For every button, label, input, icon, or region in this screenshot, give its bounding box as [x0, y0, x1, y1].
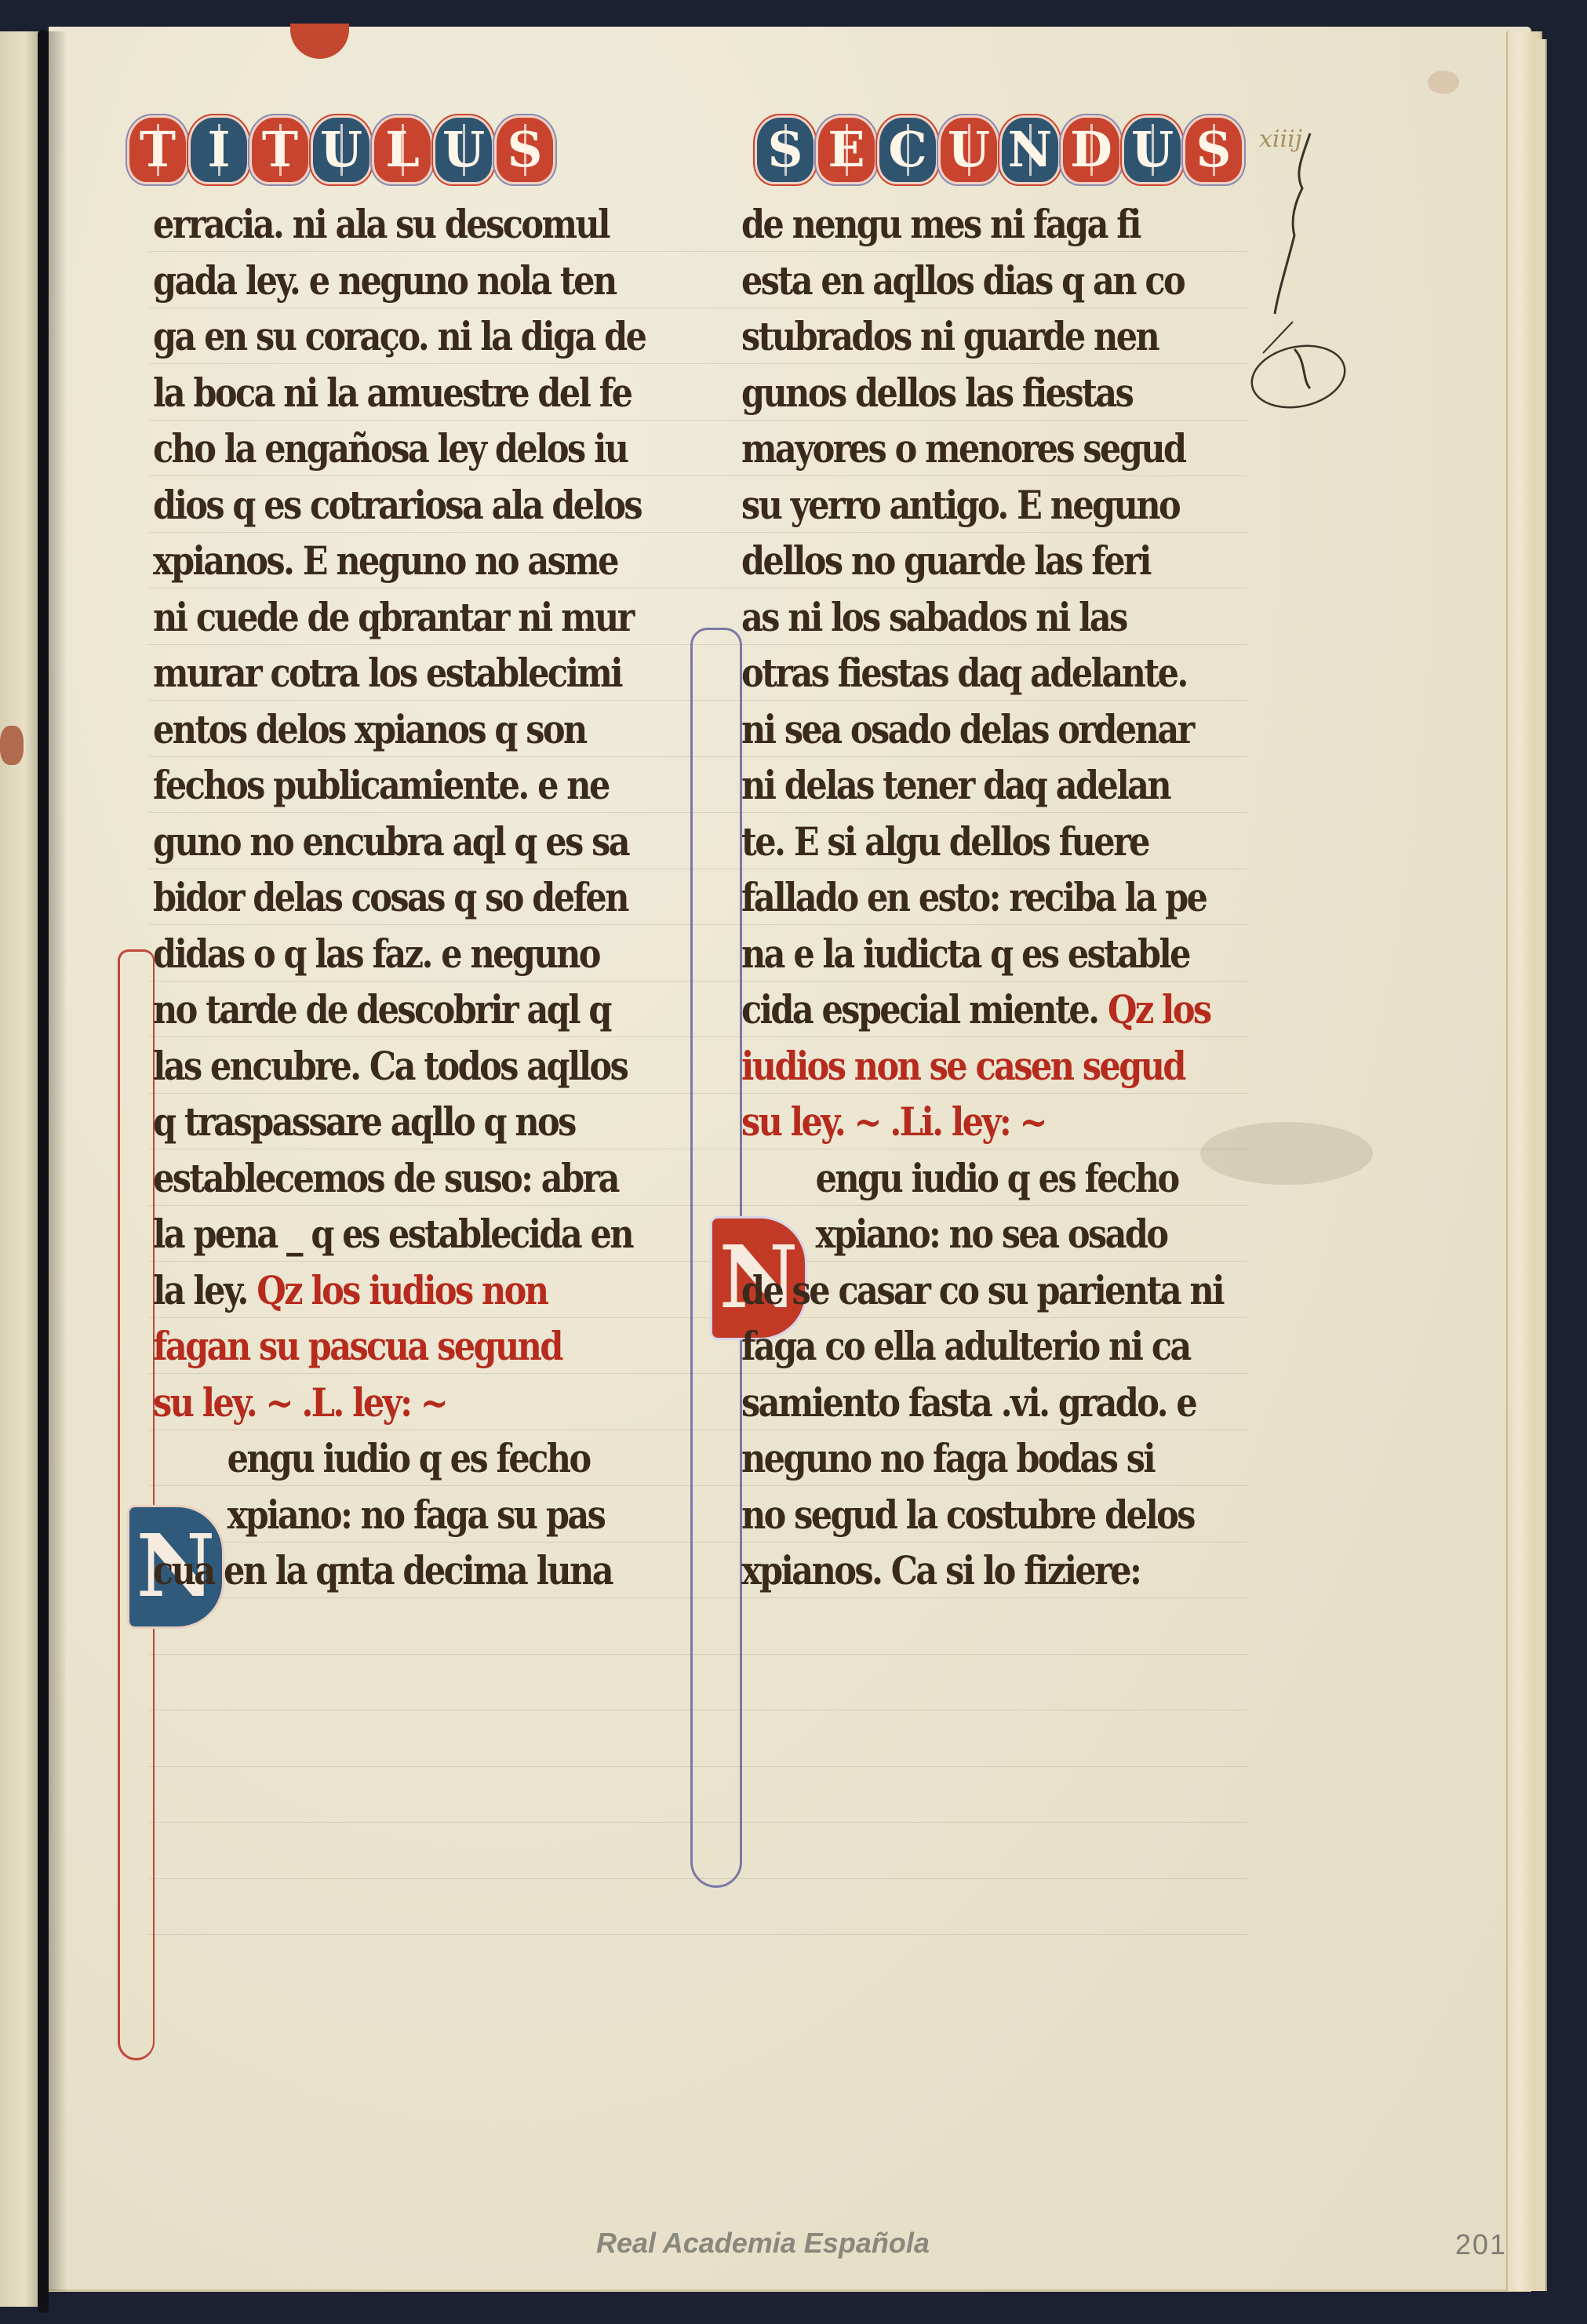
text-line: guno no encubra aql q es sa — [153, 814, 558, 870]
text-line: no tarde de descobrir aql q — [153, 982, 558, 1038]
text-line-mixed: la ley. Qz los iudios non — [153, 1262, 558, 1319]
text-line: didas o q las faz. e neguno — [153, 926, 558, 982]
rubric-line: fagan su pascua segund — [153, 1318, 558, 1375]
text-line: xpiano: no faga su pas — [153, 1487, 558, 1543]
rubric-line: su ley. ~ .Li. ley: ~ — [741, 1094, 1159, 1150]
text-line: neguno no faga bodas si — [741, 1430, 1159, 1487]
text-line: ni sea osado delas ordenar — [741, 701, 1159, 758]
text-line: la boca ni la amuestre del fe — [153, 365, 558, 421]
running-title-right: S E C U N D U S — [757, 118, 1242, 196]
text-line: fechos publicamiente. e ne — [153, 757, 558, 814]
text-line: cho la engañosa ley delos iu — [153, 421, 558, 477]
text-line: erracia. ni ala su descomul — [153, 196, 558, 253]
binding-gutter — [38, 30, 49, 2313]
heading-letter: N — [1002, 118, 1058, 182]
text-line: de nengu mes ni faga fi — [741, 196, 1159, 253]
heading-letter: T — [252, 118, 308, 182]
text-line: gunos dellos las fiestas — [741, 365, 1159, 421]
text-line: no segud la costubre delos — [741, 1487, 1159, 1543]
text-line: otras fiestas daq adelante. — [741, 645, 1159, 701]
facing-page-edge — [0, 31, 41, 2307]
text-line: te. E si algu dellos fuere — [741, 814, 1159, 870]
heading-letter: L — [374, 118, 431, 182]
text-line: murar cotra los establecimi — [153, 645, 558, 701]
heading-letter: I — [191, 118, 247, 182]
text-line: fallado en esto: reciba la pe — [741, 869, 1159, 926]
text-line: la pena _ q es establecida en — [153, 1206, 558, 1262]
text-line: xpiano: no sea osado — [741, 1206, 1159, 1262]
heading-letter: E — [818, 118, 875, 182]
text-line: faga co ella adulterio ni ca — [741, 1318, 1159, 1375]
corner-spots — [1428, 71, 1459, 94]
heading-letter: S — [497, 118, 553, 182]
heading-letter: U — [941, 118, 997, 182]
heading-letter: T — [129, 118, 186, 182]
running-title-left: T I T U L U S — [129, 118, 553, 196]
text-column-right: de nengu mes ni faga fi esta en aqllos d… — [741, 196, 1228, 1599]
heading-letter: D — [1063, 118, 1119, 182]
text-plain: cida especial miente. — [741, 986, 1108, 1033]
text-line: ni delas tener daq adelan — [741, 757, 1159, 814]
text-line: su yerro antigo. E neguno — [741, 477, 1159, 534]
text-line: samiento fasta .vi. grado. e — [741, 1375, 1159, 1431]
text-line-mixed: cida especial miente. Qz los — [741, 982, 1159, 1038]
text-line: gada ley. e neguno nola ten — [153, 253, 558, 309]
text-line: cua en la qnta decima luna — [153, 1543, 558, 1599]
rubric-line: su ley. ~ .L. ley: ~ — [153, 1375, 558, 1431]
left-page-stain — [0, 726, 24, 765]
rubric-text: Qz los iudios non — [257, 1267, 547, 1313]
text-line: dios q es cotrariosa ala delos — [153, 477, 558, 534]
rubric-line: iudios non se casen segud — [741, 1038, 1159, 1095]
text-line: establecemos de suso: abra — [153, 1150, 558, 1207]
heading-letter: C — [879, 118, 936, 182]
text-line: dellos no guarde las feri — [741, 533, 1159, 589]
text-line: ga en su coraço. ni la diga de — [153, 308, 558, 365]
text-line: q traspassare aqllo q nos — [153, 1094, 558, 1150]
leaf-fore-edge-inner — [1536, 39, 1547, 2291]
text-line: esta en aqllos dias q an co — [741, 253, 1159, 309]
text-line: stubrados ni guarde nen — [741, 308, 1159, 365]
heading-letter: U — [435, 118, 492, 182]
text-line: bidor delas cosas q so defen — [153, 869, 558, 926]
text-line: xpianos. Ca si lo fiziere: — [741, 1543, 1159, 1599]
text-line: entos delos xpianos q son — [153, 701, 558, 758]
text-line: ni cuede de qbrantar ni mur — [153, 589, 558, 646]
text-column-left: erracia. ni ala su descomul gada ley. e … — [153, 196, 624, 1599]
pen-flourish-mark-icon — [1247, 126, 1357, 416]
heading-letter: S — [757, 118, 814, 182]
text-line: engu iudio q es fecho — [153, 1430, 558, 1487]
heading-letter: S — [1185, 118, 1242, 182]
text-line: as ni los sabados ni las — [741, 589, 1159, 646]
text-line: de se casar co su parienta ni — [741, 1262, 1159, 1319]
text-line: na e la iudicta q es estable — [741, 926, 1159, 982]
heading-letter: U — [1124, 118, 1181, 182]
folio-number: 201 — [1455, 2228, 1507, 2261]
text-line: las encubre. Ca todos aqllos — [153, 1038, 558, 1095]
text-line: engu iudio q es fecho — [741, 1150, 1159, 1207]
text-plain: la ley. — [153, 1267, 257, 1313]
text-line: xpianos. E neguno no asme — [153, 533, 558, 589]
watermark: Real Academia Española — [596, 2227, 930, 2260]
heading-letter: U — [313, 118, 369, 182]
gutter-shadow — [49, 31, 67, 2291]
rubric-text: Qz los — [1108, 986, 1210, 1033]
text-line: mayores o menores segud — [741, 421, 1159, 477]
